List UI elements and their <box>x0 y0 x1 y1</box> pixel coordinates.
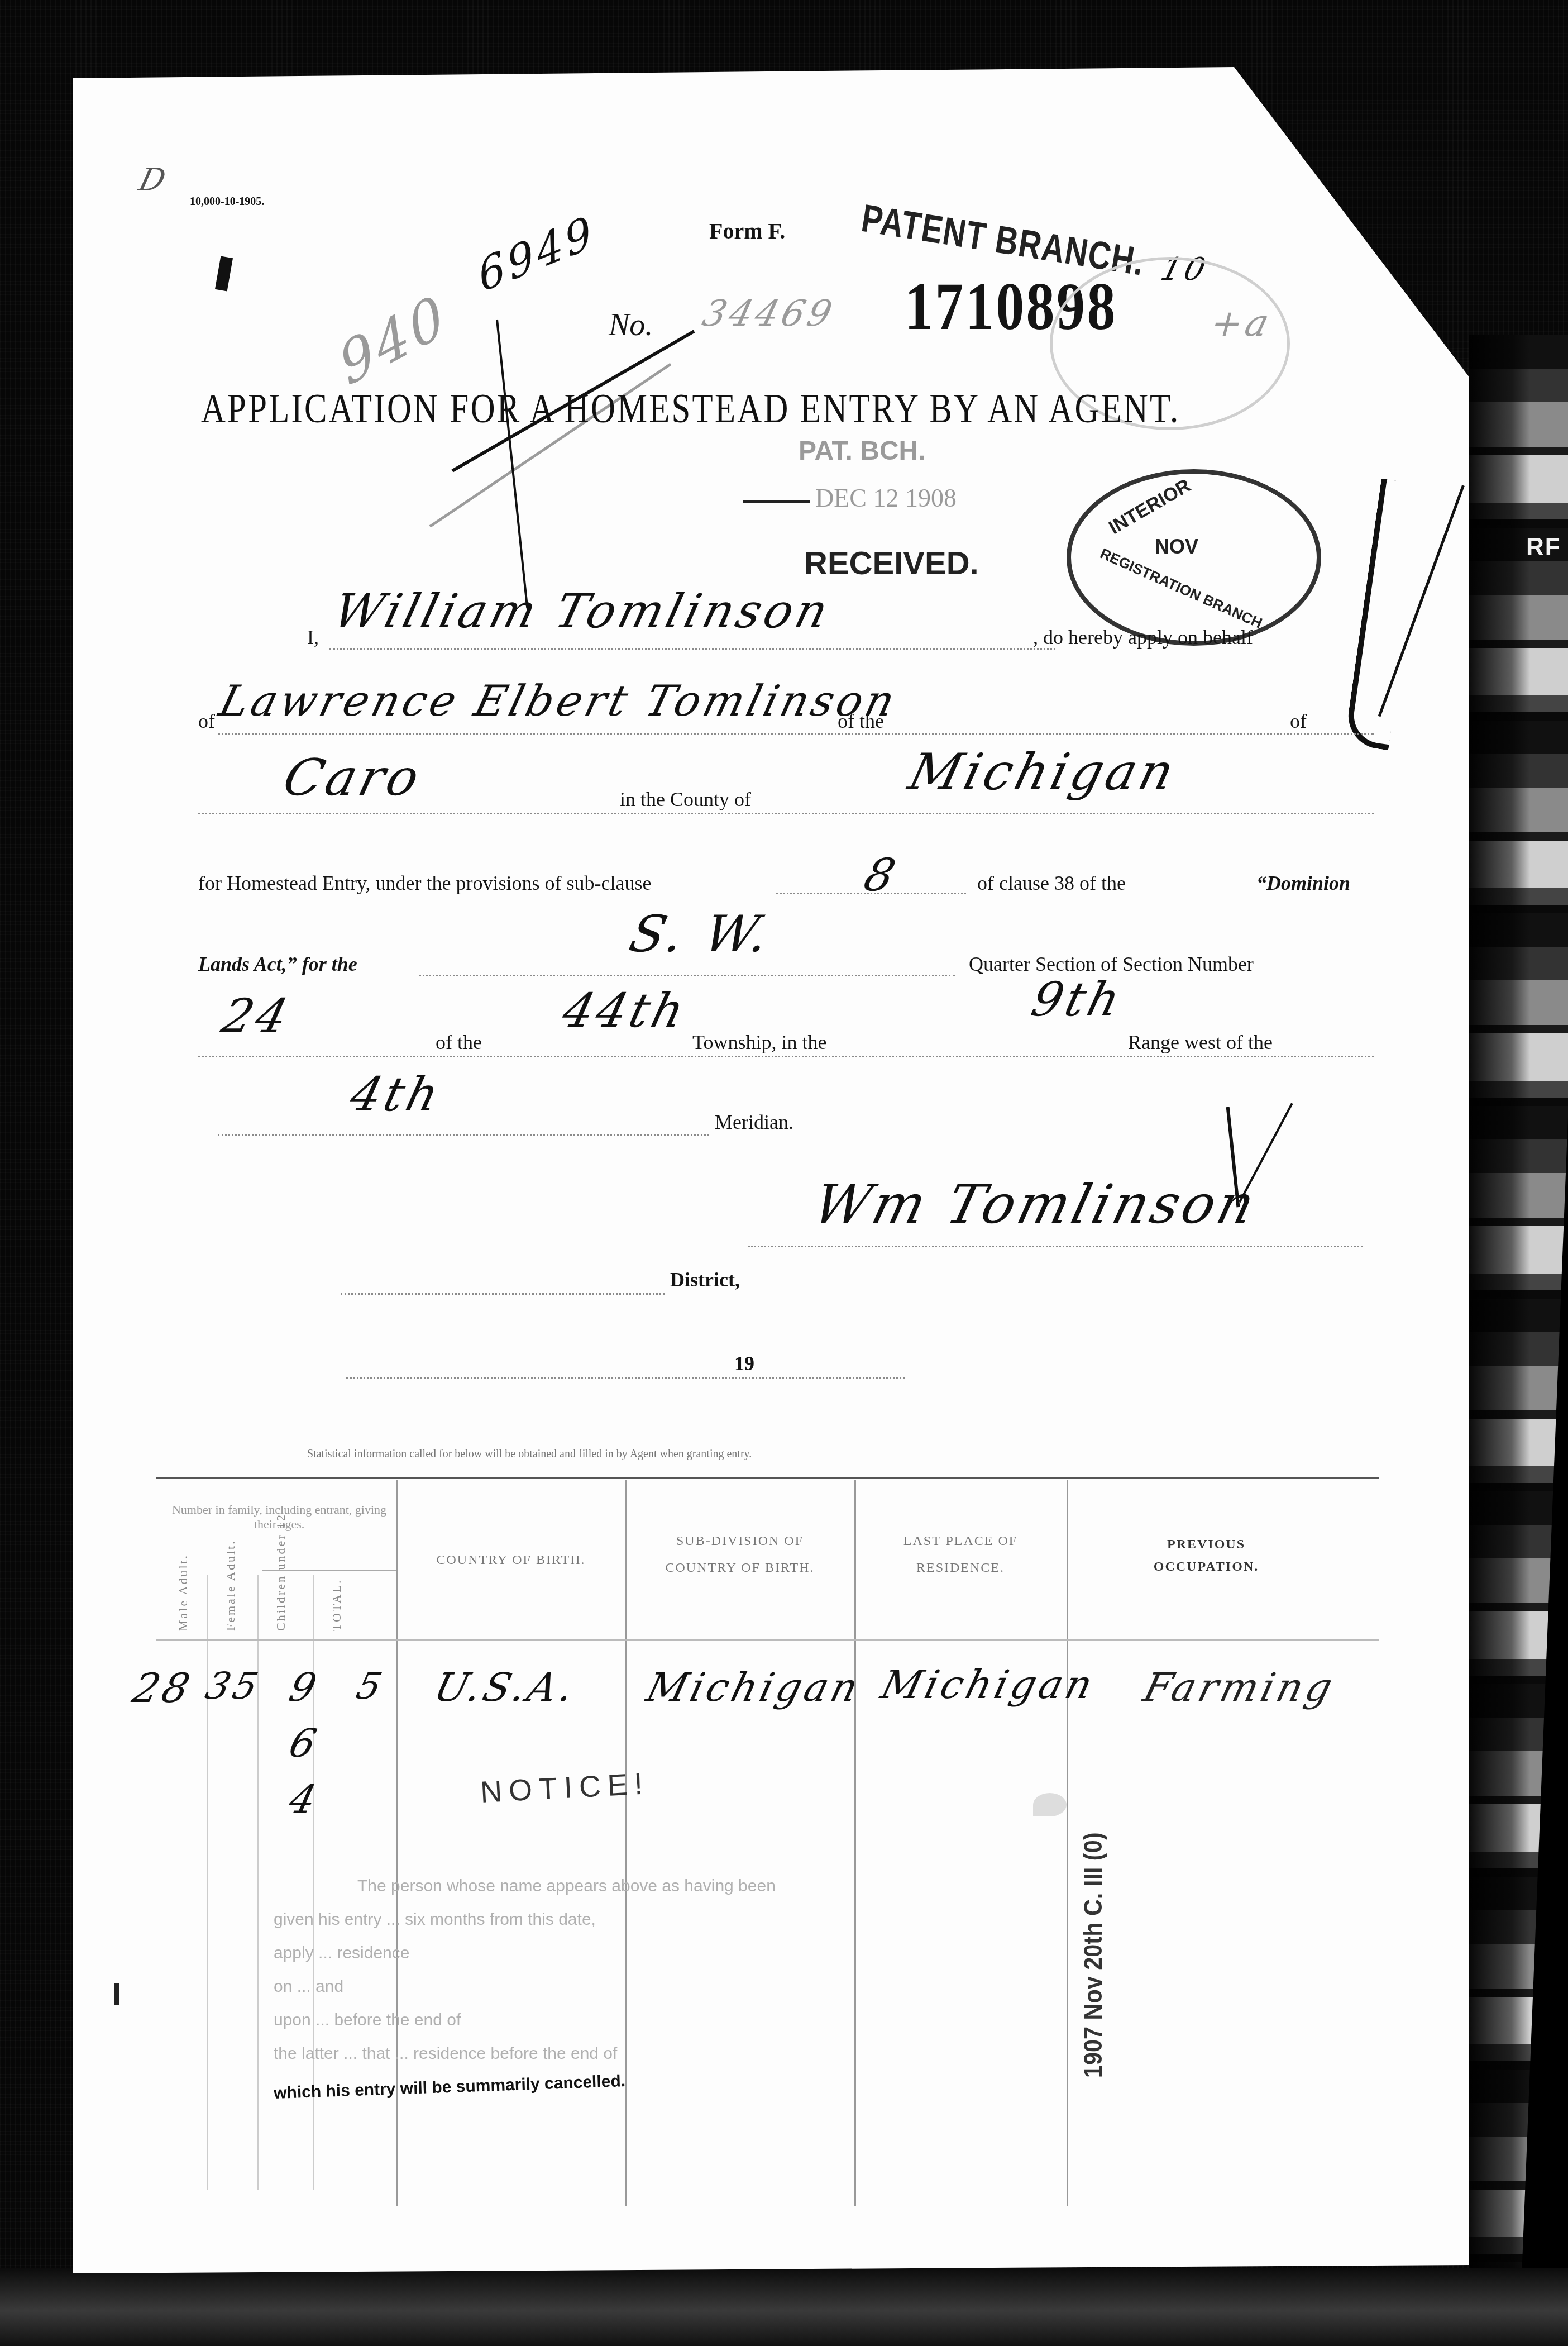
line2-middle: of the <box>838 709 884 733</box>
cell-occupation[interactable]: Farming <box>1139 1665 1340 1710</box>
table-top-rule <box>156 1477 1379 1479</box>
cell-last-residence[interactable]: Michigan <box>877 1662 1101 1708</box>
applicant-name-underline <box>218 733 1374 735</box>
subheader-female-adult: Female Adult. <box>223 1539 238 1631</box>
stamp-arrow <box>743 500 810 503</box>
header-last-residence: LAST PLACE OF RESIDENCE. <box>866 1528 1055 1581</box>
notice-line-2: given his entry ... six months from this… <box>274 1910 596 1929</box>
line4-prefix: for Homestead Entry, under the provision… <box>198 871 651 895</box>
line4-middle: of clause 38 of the <box>977 871 1126 895</box>
number-label: No. <box>609 307 653 343</box>
quarter-field[interactable]: S. W. <box>624 905 778 964</box>
meridian-field[interactable]: 4th <box>345 1067 448 1122</box>
cell-children-2[interactable]: 6 <box>285 1720 324 1766</box>
col-divider-2 <box>625 1480 627 2206</box>
cell-total[interactable]: 5 <box>352 1665 389 1708</box>
cell-male-adult[interactable]: 28 <box>128 1665 198 1711</box>
ink-blot <box>215 256 233 292</box>
header-previous-occupation: PREVIOUS OCCUPATION. <box>1134 1533 1279 1578</box>
township-field[interactable]: 44th <box>557 983 693 1038</box>
subheader-children: Children under 12 <box>274 1513 288 1631</box>
notice-line-4: on ... and <box>274 1977 343 1996</box>
line1-suffix: , do hereby apply on behalf <box>1033 626 1253 649</box>
received-stamp: RECEIVED. <box>804 545 979 582</box>
subheader-total: TOTAL. <box>329 1579 344 1631</box>
district-underline <box>341 1293 665 1295</box>
line7-meridian-label: Meridian. <box>715 1110 793 1134</box>
line6-township-label: Township, in the <box>692 1031 826 1054</box>
file-number-b: 6949 <box>474 206 600 303</box>
leaf-mark-icon <box>1033 1793 1067 1816</box>
film-bottom-margin <box>0 2268 1568 2346</box>
cell-country-of-birth[interactable]: U.S.A. <box>430 1665 582 1710</box>
registration-stamp-ring: INTERIOR NOV REGISTRATION BRANCH <box>1067 469 1321 646</box>
cell-children-1[interactable]: 9 <box>285 1665 324 1710</box>
notice-line-1: The person whose name appears above as h… <box>357 1877 776 1896</box>
col-divider-4 <box>1067 1480 1068 2206</box>
checkmark-large <box>1344 479 1426 750</box>
pat-bch-stamp: PAT. BCH. <box>799 436 926 466</box>
notice-line-3: apply ... residence <box>274 1944 409 1963</box>
date-underline <box>346 1377 905 1379</box>
line5-prefix: Lands Act,” for the <box>198 952 357 976</box>
header-country-of-birth: COUNTRY OF BIRTH. <box>408 1553 614 1568</box>
corner-mark: D <box>135 162 173 198</box>
document-page: D 10,000-10-1905. 940 6949 Form F. PATEN… <box>73 67 1469 2273</box>
line1-prefix: I, <box>307 626 319 649</box>
agent-name-field[interactable]: William Tomlinson <box>328 584 837 638</box>
line6-of-the: of the <box>436 1031 482 1054</box>
form-label: Form F. <box>709 218 785 244</box>
print-code: 10,000-10-1905. <box>190 195 264 208</box>
cell-subdivision[interactable]: Michigan <box>642 1665 866 1710</box>
cell-children-3[interactable]: 4 <box>285 1776 324 1822</box>
applicant-name-field[interactable]: Lawrence Elbert Tomlinson <box>214 676 903 726</box>
agent-name-underline <box>329 648 1055 650</box>
line6-range-label: Range west of the <box>1128 1031 1273 1054</box>
cell-female-adult[interactable]: 35 <box>201 1665 265 1708</box>
signature-line <box>748 1246 1363 1247</box>
subheader-male-adult: Male Adult. <box>176 1554 190 1631</box>
range-field[interactable]: 9th <box>1026 972 1129 1027</box>
place-underline <box>198 813 1374 814</box>
received-date: DEC 12 1908 <box>815 483 957 513</box>
section-line-underline <box>198 1056 1374 1057</box>
section-field[interactable]: 24 <box>217 989 297 1043</box>
place-field[interactable]: Caro <box>278 748 428 807</box>
meridian-underline <box>218 1134 709 1136</box>
notice-line-6: the latter ... that ... residence before… <box>274 2044 617 2063</box>
film-edge-shadow <box>1469 335 1530 2290</box>
line3-middle: in the County of <box>620 788 751 811</box>
page-title: APPLICATION FOR A HOMESTEAD ENTRY BY AN … <box>201 385 1180 433</box>
side-date-stamp: 1907 Nov 20th C. III (0) <box>1078 1833 1108 2078</box>
line4-suffix: “Dominion <box>1256 871 1350 895</box>
quarter-underline <box>419 975 955 976</box>
district-label: District, <box>670 1268 740 1291</box>
subcol-divider-1 <box>207 1575 208 2190</box>
line2-suffix: of <box>1290 709 1307 733</box>
notice-line-7: which his entry will be summarily cancel… <box>274 2072 626 2103</box>
margin-mark <box>114 1983 119 2005</box>
number-handwritten: 34469 <box>699 293 839 335</box>
col-divider-3 <box>854 1480 856 2206</box>
stats-instruction: Statistical information called for below… <box>307 1448 752 1461</box>
line2-prefix: of <box>198 709 215 733</box>
notice-line-5: upon ... before the end of <box>274 2011 461 2030</box>
date-year-prefix: 19 <box>734 1352 754 1375</box>
header-bottom-rule <box>156 1639 1379 1641</box>
county-field[interactable]: Michigan <box>903 743 1183 802</box>
notice-heading: NOTICE! <box>480 1766 651 1810</box>
file-number-a: 940 <box>332 281 455 399</box>
film-label: RF <box>1526 533 1561 561</box>
agent-signature[interactable]: Wm Tomlinson <box>807 1173 1264 1236</box>
header-subdivision: SUB-DIVISION OF COUNTRY OF BIRTH. <box>642 1528 838 1581</box>
